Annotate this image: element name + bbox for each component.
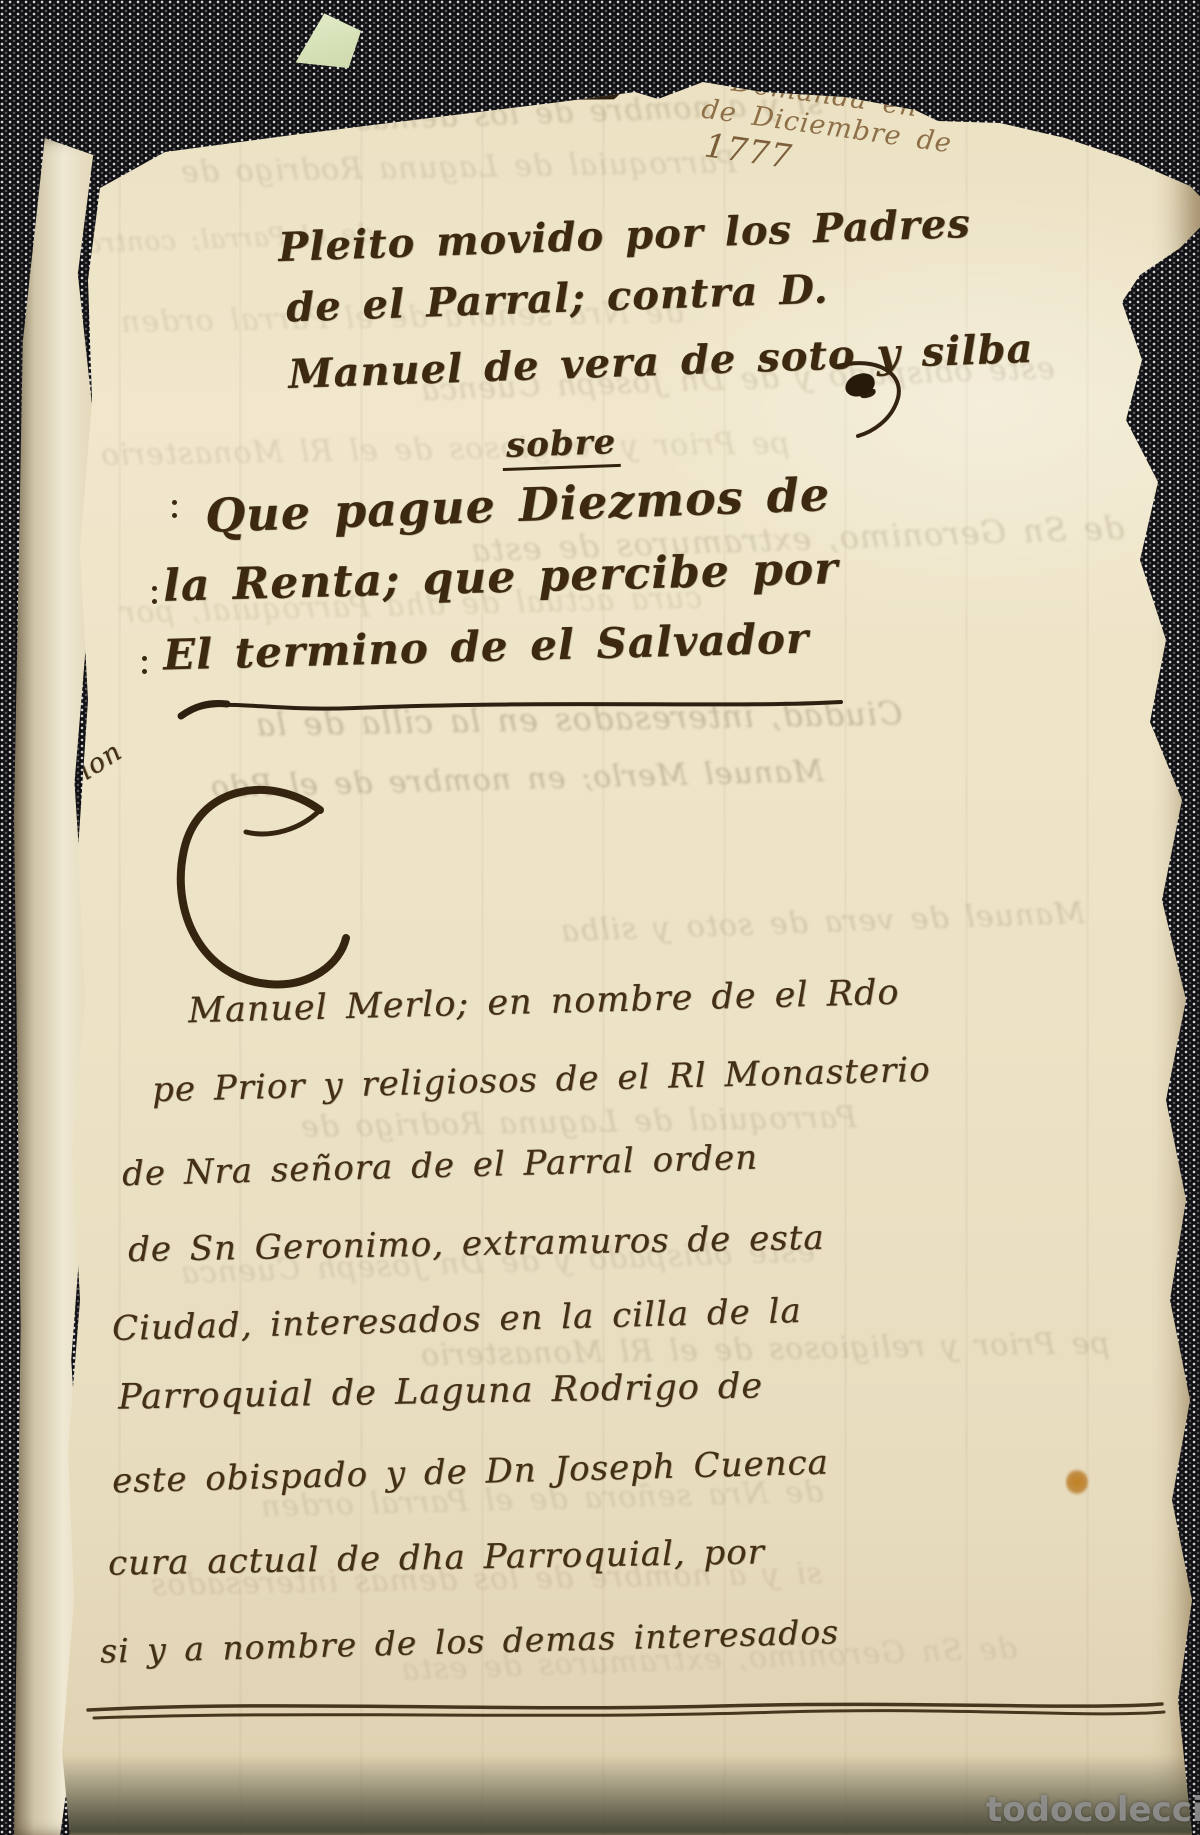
- subject-label: sobre: [501, 422, 620, 466]
- manuscript-page: si y a nombre de los demas interesados P…: [0, 0, 1200, 1835]
- flourish-underline: [175, 686, 855, 726]
- flourish-dots: [152, 586, 157, 591]
- wax-spot: [1066, 1468, 1088, 1496]
- manuscript-photo: si y a nombre de los demas interesados P…: [0, 0, 1200, 1835]
- flourish-dots: [172, 500, 177, 505]
- ink-blot-flourish: [828, 352, 918, 442]
- calligraphic-flourish: [150, 772, 360, 1012]
- subject-label-text: sobre: [501, 422, 621, 471]
- closing-rule: [80, 1692, 1170, 1724]
- flourish-dots: [142, 656, 147, 661]
- site-watermark: todocoleccion: [986, 1790, 1200, 1830]
